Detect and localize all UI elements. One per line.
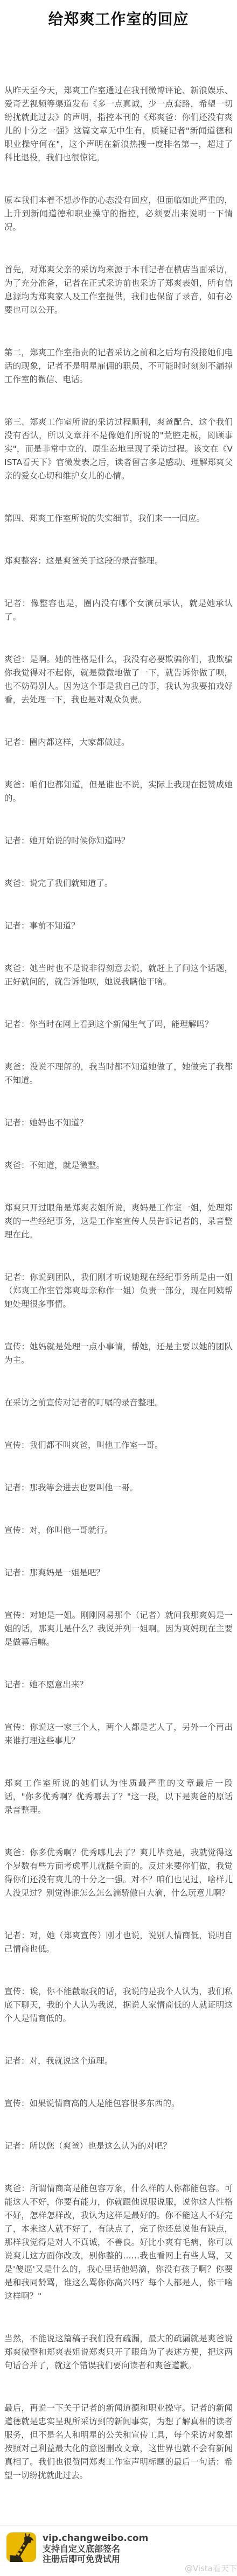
dialogue-line: 记者：对，我就说这个道理。 — [4, 2054, 233, 2068]
footer-url: vip.changweibo.com — [43, 2533, 148, 2544]
dialogue-line: 宣传：诶，你不能截取我的话，我说的是我个人认为，我们私底下聊天，我的个人认为我说… — [4, 1985, 233, 2025]
dialogue-line: 记者：你说到团队，我们刚才听说她现在经纪事务所是由一姐（郑爽工作室管郑爽母亲称作… — [4, 1271, 233, 1311]
dialogue-line: 记者：像整容也是，圈内没有哪个女演员承认，就是她承认了。 — [4, 597, 233, 624]
dialogue-line: 爽爸：是啊。她的性格是什么，我没有必要欺骗你们，我欺骗你我觉得对不起你，就是微微… — [4, 653, 233, 707]
paragraph: 最后，再说一下关于记者的新闻道德和职业操守。记者的新闻道德就是忠实呈现所采访到的… — [4, 2402, 233, 2482]
paragraph: 第三、郑爽工作室所说的采访过程顺利，爽爸配合，这个我们没有否认，所以文章并不是像… — [4, 416, 233, 483]
paragraph: 从昨天至今天，郑爽工作室通过在我刊微博评论、新浪娱乐、爱奇艺视频等渠道发布《多一… — [4, 84, 233, 165]
dialogue-line: 爽爸：她当时也不是说非得刻意去说，就赶上了问这个话题，正好就问的，就告诉他呗，她… — [4, 962, 233, 989]
dialogue-line: 记者：你当时在网上看到这个新闻生气了吗，能理解吗？ — [4, 1018, 233, 1031]
footer-text-block: vip.changweibo.com 支持自定义底部签名 注册后即可免费试用 — [43, 2532, 148, 2564]
watermark: @Vista看天下 — [185, 2563, 237, 2574]
dialogue-line: 记者：所以您（爽爸）也是这么认为的对吧？ — [4, 2139, 233, 2153]
dialogue-line: 宣传：如果说情商高的人是能包容很多东西的。 — [4, 2097, 233, 2110]
footer: vip.changweibo.com 支持自定义底部签名 注册后即可免费试用 @… — [0, 2525, 237, 2572]
footer-slogan-1: 支持自定义底部签名 — [43, 2544, 148, 2554]
dialogue-line: 宣传：她妈就是处理一点小事情，帮她，还是主要以她的团队为主。 — [4, 1340, 233, 1367]
dialogue-line: 爽爸：咱们也都知道，但是谁也不说，实际上我现在挺赞成她的。 — [4, 778, 233, 805]
dialogue-line: 爽爸：你多优秀啊？优秀哪儿去了？爽儿毕竟是，我就觉得这个岁数有些方面考虑事儿就挺… — [4, 1846, 233, 1900]
dialogue-line: 宣传：对她是一姐。刚刚网易那个（记者）就问我那爽妈是一姐的话，那爽儿是什么？我说… — [4, 1609, 233, 1649]
dialogue-line: 记者：对，她（郑爽宣传）刚才也说，说别人情商低，说明自己情商也低。 — [4, 1929, 233, 1956]
paragraph: 原本我们本着不想炒作的心态没有回应，但面临如此严重的，上升到新闻道德和职业操守的… — [4, 194, 233, 234]
dialogue-line: 爽爸：没说不理解的，我当时都不知道她做了，她做完了我都不知道。 — [4, 1060, 233, 1087]
paragraph: 第二，郑爽工作室指责的记者采访之前和之后均有没接她们电话的现象，记者不是明星雇佣… — [4, 346, 233, 386]
dialogue-line: 记者：事前不知道？ — [4, 919, 233, 933]
dialogue-line: 爽爸：说完了我们就知道了。 — [4, 877, 233, 890]
dialogue-line: 爽爸：不知道，就是微整。 — [4, 1159, 233, 1172]
paragraph: 在采访之前宣传对记者的叮嘱的录音整理。 — [4, 1396, 233, 1410]
paragraph: 郑爽工作室所说的她们认为性质最严重的文章最后一段话，"你多优秀啊？优秀哪去了？"… — [4, 1777, 233, 1817]
footer-branding: vip.changweibo.com 支持自定义底部签名 注册后即可免费试用 — [6, 2532, 237, 2564]
page-title: 给郑爽工作室的回应 — [4, 8, 233, 29]
dialogue-line: 记者：那我等会进去也要叫他一哥。 — [4, 1481, 233, 1495]
footer-slogan-2: 注册后即可免费试用 — [43, 2554, 148, 2564]
dialogue-line: 宣传：你说这一家三个人，两个人都是艺人了，另外一个再出来谁打理这些事儿？ — [4, 1721, 233, 1748]
paragraph: 当然，不能说这篇稿子我们没有疏漏，最大的疏漏就是爽爸说郑爽微整和郑爽表姐说郑爽只… — [4, 2332, 233, 2373]
long-weibo-page: 给郑爽工作室的回应 从昨天至今天，郑爽工作室通过在我刊微博评论、新浪娱乐、爱奇艺… — [0, 0, 237, 2576]
paragraph: 首先，对郑爽父亲的采访均来源于本刊记者在横店当面采访，为了充分准备，记者在正式采… — [4, 263, 233, 317]
dialogue-line: 记者：她不愿意出来？ — [4, 1678, 233, 1692]
paragraph: 郑爽只开过眼角是郑爽表姐所说，爽妈是工作室一姐，处理郑爽的一些经纪事务，这是工作… — [4, 1201, 233, 1242]
dialogue-line: 记者：圈内都这样，大家都做过。 — [4, 736, 233, 749]
dialogue-line: 记者：她妈也不知道？ — [4, 1116, 233, 1130]
paragraph: 第四、郑爽工作室所说的失实细节，我们来一一回应。 — [4, 512, 233, 525]
dialogue-line: 记者：她开始说的时候你知道吗？ — [4, 834, 233, 848]
giraffe-icon — [6, 2532, 36, 2562]
dialogue-line: 记者：那爽妈是一姐是吧？ — [4, 1566, 233, 1580]
paragraph: 郑爽整容：这是爽爸关于这段的录音整理。 — [4, 554, 233, 568]
dialogue-line: 爽爸：所谓情商高是能包容万象，什么样的人你都能包容。可能这人不好，你要有能力，你… — [4, 2182, 233, 2303]
dialogue-line: 宣传：对，你叫他一哥就行。 — [4, 1524, 233, 1537]
dialogue-line: 宣传：我们都不叫爽爸，叫他工作室一哥。 — [4, 1439, 233, 1452]
